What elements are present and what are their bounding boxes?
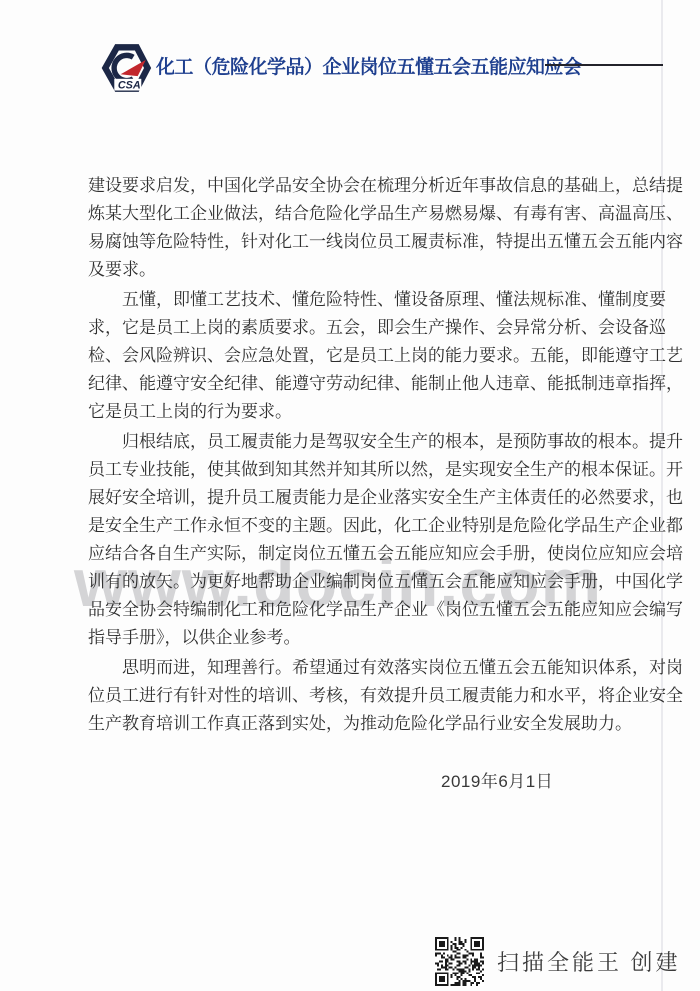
document-body: 建设要求启发，中国化学品安全协会在梳理分析近年事故信息的基础上，总结提炼某大型化… [88, 172, 618, 740]
document-title: 化工（危险化学品）企业岗位五懂五会五能应知应会 [156, 52, 582, 79]
paragraph: 五懂，即懂工艺技术、懂危险特性、懂设备原理、懂法规标准、懂制度要求，它是员工上岗… [88, 286, 618, 426]
text-line: 纪律、能遵守安全纪律、能遵守劳动纪律、能制止他人违章、能抵制违章指挥， [88, 370, 618, 398]
text-line: 求，它是员工上岗的素质要求。五会，即会生产操作、会异常分析、会设备巡 [88, 314, 618, 342]
text-line: 及要求。 [88, 256, 618, 284]
text-line: 它是员工上岗的行为要求。 [88, 398, 618, 426]
text-line: 训有的放矢。为更好地帮助企业编制岗位五懂五会五能应知应会手册，中国化学 [88, 568, 618, 596]
text-line: 指导手册》，以供企业参考。 [88, 624, 618, 652]
text-line: 展好安全培训，提升员工履责能力是企业落实安全生产主体责任的必然要求，也 [88, 484, 618, 512]
text-line: 检、会风险辨识、会应急处置，它是员工上岗的能力要求。五能，即能遵守工艺 [88, 342, 618, 370]
paragraph: 归根结底，员工履责能力是驾驭安全生产的根本，是预防事故的根本。提升员工专业技能，… [88, 428, 618, 652]
text-line: 思明而进，知理善行。希望通过有效落实岗位五懂五会五能知识体系，对岗 [88, 654, 618, 682]
date-text: 2019年6月1日 [441, 767, 553, 792]
text-line: 位员工进行有针对性的培训、考核，有效提升员工履责能力和水平，将企业安全 [88, 682, 618, 710]
text-line: 品安全协会特编制化工和危险化学品生产企业《岗位五懂五会五能应知应会编写 [88, 596, 618, 624]
text-line: 应结合各自生产实际，制定岗位五懂五会五能应知应会手册，使岗位应知应会培 [88, 540, 618, 568]
text-line: 五懂，即懂工艺技术、懂危险特性、懂设备原理、懂法规标准、懂制度要 [88, 286, 618, 314]
ccsa-logo-icon: CSA [99, 42, 153, 94]
text-line: 生产教育培训工作真正落到实处，为推动危险化学品行业安全发展助力。 [88, 710, 618, 738]
header-rule [545, 64, 663, 66]
scanner-footer: 扫描全能王 创建 [435, 936, 681, 986]
scanner-label: 扫描全能王 创建 [497, 946, 681, 977]
text-line: 是安全生产工作永恒不变的主题。因此，化工企业特别是危险化学品生产企业都 [88, 512, 618, 540]
logo-text: CSA [118, 80, 141, 92]
text-line: 归根结底，员工履责能力是驾驭安全生产的根本，是预防事故的根本。提升 [88, 428, 618, 456]
document-page: CSA 化工（危险化学品）企业岗位五懂五会五能应知应会 www.docin.co… [0, 0, 700, 991]
paragraph: 建设要求启发，中国化学品安全协会在梳理分析近年事故信息的基础上，总结提炼某大型化… [88, 172, 618, 284]
text-line: 建设要求启发，中国化学品安全协会在梳理分析近年事故信息的基础上，总结提 [88, 172, 618, 200]
paragraph: 思明而进，知理善行。希望通过有效落实岗位五懂五会五能知识体系，对岗位员工进行有针… [88, 654, 618, 738]
text-line: 炼某大型化工企业做法，结合危险化学品生产易燃易爆、有毒有害、高温高压、 [88, 200, 618, 228]
qr-code-icon [435, 937, 484, 986]
text-line: 易腐蚀等危险特性，针对化工一线岗位员工履责标准，特提出五懂五会五能内容 [88, 228, 618, 256]
text-line: 员工专业技能，使其做到知其然并知其所以然，是实现安全生产的根本保证。开 [88, 456, 618, 484]
